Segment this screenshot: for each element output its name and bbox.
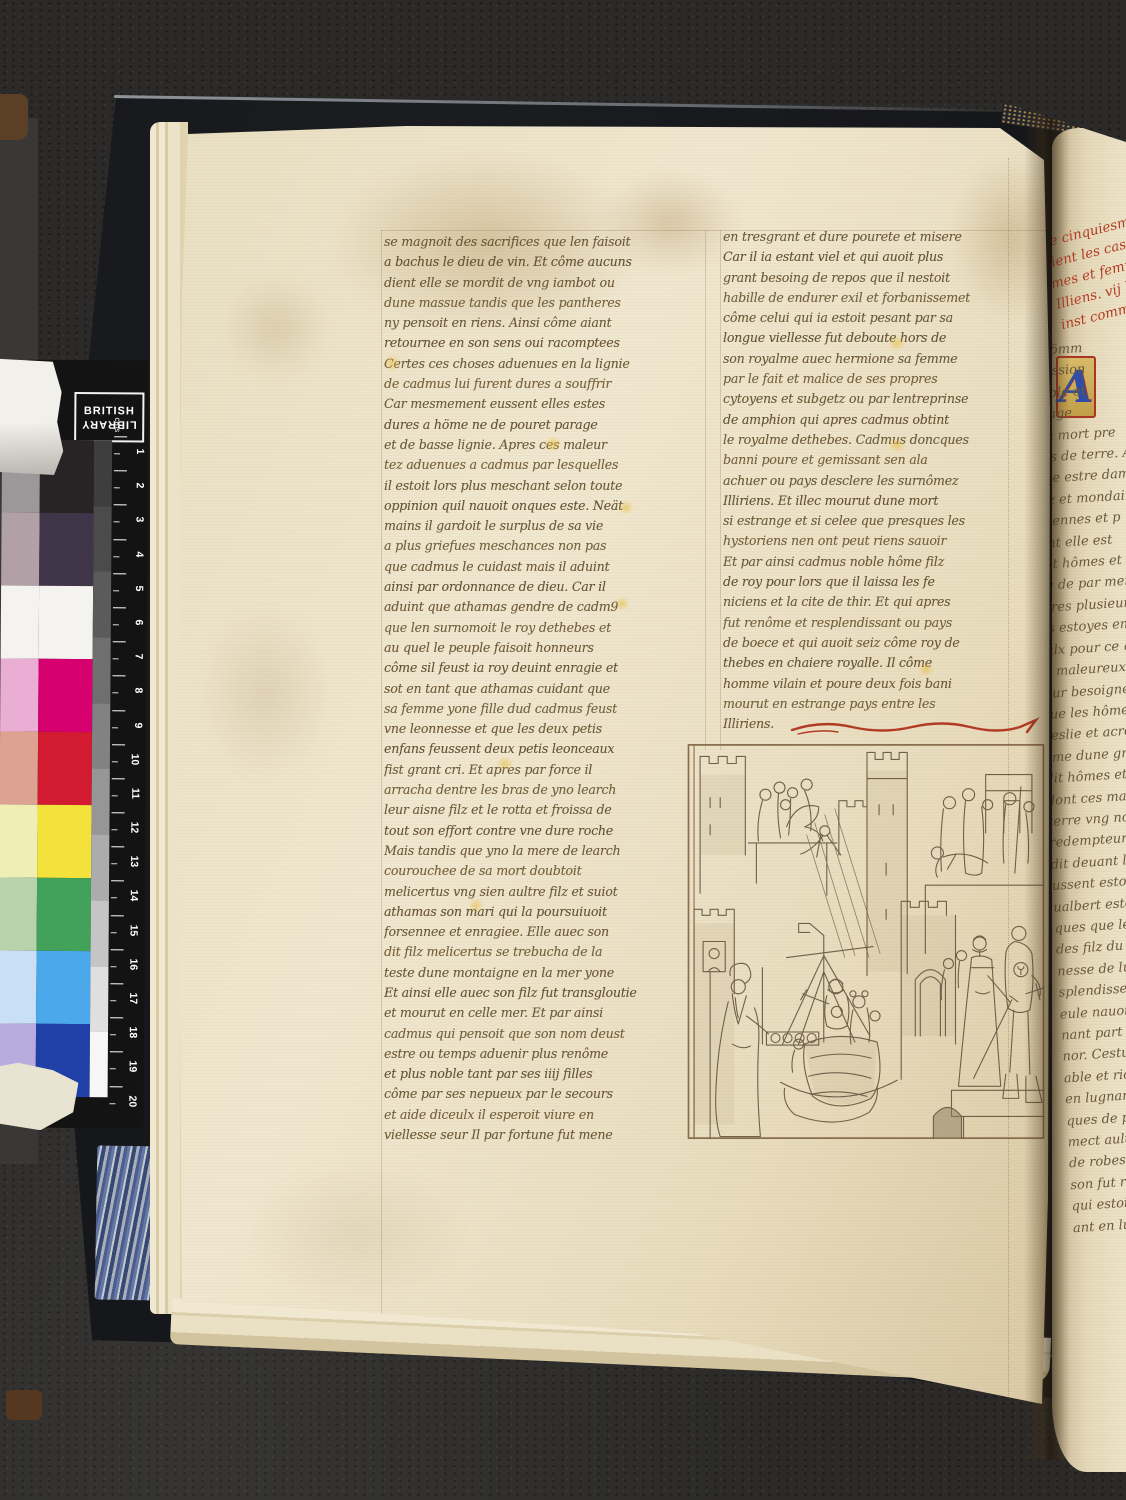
- grayscale-step: [93, 572, 111, 638]
- cm-cell: 19: [108, 1052, 144, 1086]
- color-patch-pale: [0, 950, 37, 1023]
- rubric-line: Le cinquiesme chapi: [1052, 181, 1126, 255]
- cm-number: 4: [133, 551, 145, 557]
- cm-cell: 20: [107, 1086, 143, 1120]
- manuscript-line: de cadmus lui furent dures a souffrir: [384, 375, 702, 395]
- recto-text-line: splendisseur de so: [1058, 969, 1126, 1004]
- recto-text-line: dont elle est: [1052, 520, 1126, 555]
- manuscript-line: il estoit lors plus meschant selon toute: [384, 477, 702, 497]
- recto-text-line: stez et mondain: [1052, 477, 1126, 512]
- cm-cell: 12: [109, 812, 145, 846]
- half-cm-tick: [111, 898, 117, 899]
- patch-row: [0, 731, 92, 805]
- cm-cell: 16: [108, 949, 144, 983]
- manuscript-line: dient elle se mordit de vng iambot ou: [384, 274, 702, 294]
- manuscript-line: cadmus qui pensoit que son nom deust: [384, 1025, 702, 1045]
- color-patch-pale: [0, 731, 38, 804]
- recto-text-line: mect aultres g: [1067, 1118, 1126, 1153]
- manuscript-line: fut renôme et resplendissant ou pays: [723, 614, 1046, 634]
- recto-text-line: ame dune gra: [1052, 734, 1126, 769]
- half-cm-tick: [112, 693, 118, 694]
- recto-text-line: les estoyes enfor: [1052, 606, 1126, 641]
- cm-number: 12: [129, 822, 141, 834]
- rubric-line: mes et femmes: [1052, 222, 1126, 296]
- manuscript-line: longue viellesse fut deboute hors de: [723, 329, 1046, 349]
- color-patch-pale: [0, 877, 37, 950]
- rubric-red-text: Le cinquiesme chapitient les cas des hom…: [1052, 181, 1126, 336]
- manuscript-line: habille de endurer exil et forbanissemet: [723, 289, 1046, 309]
- cm-tick: [113, 573, 126, 574]
- grayscale-step: [90, 1031, 108, 1097]
- dark-arch: [933, 1107, 961, 1138]
- manuscript-line: Certes ces choses aduenues en la lignie: [384, 355, 702, 375]
- recto-text-line: dit deuant lui: [1052, 841, 1126, 876]
- cm-cell: 15: [109, 915, 145, 949]
- cm-tick: [112, 744, 125, 745]
- text-column-left: se magnoit des sacrifices que len faisoi…: [384, 233, 708, 1151]
- cm-number: 13: [128, 856, 140, 868]
- cm-cell: 5: [111, 573, 147, 607]
- manuscript-line: Et par ainsi cadmus noble hôme filz: [723, 553, 1046, 573]
- manuscript-line: fist grant cri. Et apres par force il: [384, 761, 702, 781]
- recto-text-line: lignage: [1052, 392, 1126, 427]
- colour-calibration-target: BRITISH LIBRARY cms 12345678910111213141…: [0, 359, 149, 1132]
- color-patch-rows: [0, 439, 94, 1097]
- cm-tick: [114, 505, 127, 506]
- recto-text-line: de robes. Et p: [1068, 1140, 1126, 1175]
- manuscript-line: homme vilain et poure deux fois bani: [723, 675, 1046, 695]
- half-cm-tick: [112, 727, 118, 728]
- cm-cell: 8: [110, 676, 146, 710]
- half-cm-tick: [113, 624, 119, 625]
- grayscale-step: [93, 506, 111, 572]
- ruling-line-vertical: [381, 230, 382, 1420]
- cm-cell: 1: [112, 436, 148, 470]
- manuscript-line: melicertus vng sien aultre filz et suiot: [384, 883, 702, 903]
- manuscript-line: et plus noble tant par ses iiij filles: [384, 1065, 702, 1085]
- color-patch-strong: [39, 513, 94, 586]
- recto-text-line: nant part röme: [1061, 1012, 1126, 1047]
- swordsman-figure: [1003, 926, 1044, 1102]
- manuscript-line: ny pensoit en riens. Ainsi côme aiant: [384, 314, 702, 334]
- cm-number: 15: [128, 924, 140, 936]
- cm-tick: [112, 778, 125, 779]
- half-cm-tick: [114, 487, 120, 488]
- cm-tick: [112, 676, 125, 677]
- half-cm-tick: [111, 864, 117, 865]
- manuscript-line: vne leonnesse et que les deux petis: [384, 720, 702, 740]
- manuscript-line: athamas son mari qui la poursuiuoit: [384, 903, 702, 923]
- cm-cell: 7: [110, 641, 146, 675]
- manuscript-line: de boece et qui auoit seiz côme roy de: [723, 634, 1046, 654]
- miniature-drawing: [686, 742, 1046, 1142]
- half-cm-tick: [113, 658, 119, 659]
- torn-paper-top: [0, 357, 64, 477]
- recto-text-line: des filz du soleil: [1055, 926, 1126, 961]
- manuscript-line: enfans feussent deux petis leonceaux: [384, 740, 702, 760]
- parchment-stain: [236, 1158, 476, 1308]
- recto-text-fragments: ust römmcabessionsemble etlignageet la m…: [1052, 328, 1126, 1239]
- recto-text-line: dit hômes et fe: [1052, 755, 1126, 790]
- manuscript-line: et mourut en celle mer. Et par ainsi: [384, 1004, 702, 1024]
- manuscript-line: niciens et la cite de thir. Et qui apres: [723, 593, 1046, 613]
- patch-row: [1, 585, 94, 659]
- recto-text-line: semble et: [1052, 371, 1126, 406]
- half-cm-tick: [110, 966, 116, 967]
- cm-tick: [113, 607, 126, 608]
- manuscript-line: sa femme yone fille dud cadmus feust: [384, 700, 702, 720]
- manuscript-line: par le fait et malice de ses propres: [723, 370, 1046, 390]
- half-cm-tick: [114, 453, 120, 454]
- manuscript-line: oppinion quil nauoit onques este. Neät: [384, 497, 702, 517]
- color-patch-strong: [38, 732, 93, 805]
- manuscript-line: hystoriens nen ont peut riens sauoir: [723, 532, 1046, 552]
- ruler-unit-label: cms: [113, 417, 122, 432]
- manuscript-line: tout son effort contre vne dure roche: [384, 822, 702, 842]
- cm-number: 16: [128, 958, 140, 970]
- manuscript-line: viellesse seur Il par fortune fut mene: [384, 1126, 702, 1146]
- cm-tick: [114, 436, 127, 437]
- cm-number: 11: [129, 788, 141, 799]
- manuscript-line: Et ainsi elle auec son filz fut transglo…: [384, 984, 702, 1004]
- manuscript-line: se magnoit des sacrifices que len faisoi…: [384, 233, 702, 253]
- cm-number: 6: [133, 619, 145, 625]
- cm-tick: [110, 1017, 123, 1018]
- rubric-line: tient les cas des ho: [1052, 201, 1126, 275]
- color-patch-strong: [37, 805, 92, 878]
- cm-number: 8: [132, 688, 144, 694]
- manuscript-line: côme celui qui ia estoit pesant par sa: [723, 309, 1046, 329]
- manuscript-line: estre ou temps aduenir plus renôme: [384, 1045, 702, 1065]
- recto-text-line: able et riche estat: [1063, 1054, 1126, 1089]
- half-cm-tick: [111, 932, 117, 933]
- manuscript-line: que len surnomoit le roy dethebes et: [384, 619, 702, 639]
- cm-number: 3: [134, 517, 146, 523]
- recto-text-line: ualbert estoit oc: [1053, 883, 1126, 918]
- recto-text-line: et la mort pre: [1052, 413, 1126, 448]
- recto-text-line: nor. Cestui octho: [1062, 1033, 1126, 1068]
- manuscript-line: son royalme auec hermione sa femme: [723, 350, 1046, 370]
- recto-text-line: qui estoit bel et: [1071, 1182, 1126, 1217]
- illuminated-initial: A: [1056, 356, 1096, 418]
- ruler-scale: 1234567891011121314151617181920: [107, 436, 148, 1126]
- red-line-filler: [788, 716, 1050, 738]
- recto-text-line: que les hômes: [1052, 691, 1126, 726]
- half-cm-tick: [111, 829, 117, 830]
- color-patch-strong: [38, 659, 93, 732]
- manuscript-verso-page: se magnoit des sacrifices que len faisoi…: [176, 118, 1054, 1410]
- cm-cell: 11: [110, 778, 146, 812]
- manuscript-line: achuer ou pays desclere les surnômez: [723, 472, 1046, 492]
- half-cm-tick: [112, 761, 118, 762]
- manuscript-line: dune massue tandis que les pantheres: [384, 294, 702, 314]
- half-cm-tick: [110, 1000, 116, 1001]
- label-text-top: BRITISH: [84, 405, 135, 417]
- cm-tick: [112, 812, 125, 813]
- cm-tick: [111, 847, 124, 848]
- cm-number: 14: [128, 890, 140, 902]
- recto-text-line: ussent estoie et: [1052, 862, 1126, 897]
- cm-tick: [113, 641, 126, 642]
- cm-cell: 10: [110, 744, 146, 778]
- cm-cell: 9: [110, 710, 146, 744]
- cm-cell: 3: [111, 505, 147, 539]
- recto-text-line: ques que les estroa: [1054, 905, 1126, 940]
- cm-cell: 13: [109, 847, 145, 881]
- manuscript-line: sot en tant que athamas cuidant que: [384, 680, 702, 700]
- manuscript-line: Illiriens. Et illec mourut dune mort: [723, 492, 1046, 512]
- manuscript-line: de roy pour lors que il laissa les fe: [723, 573, 1046, 593]
- recto-text-line: son fut remi et d: [1070, 1161, 1126, 1196]
- manuscript-line: dit filz melicertus se trebucha de la: [384, 943, 702, 963]
- recto-text-line: deslie et acre: [1052, 712, 1126, 747]
- photo-scene: Le cinquiesme chapitient les cas des hom…: [0, 0, 1126, 1500]
- patch-row: [1, 512, 94, 586]
- british-library-label: BRITISH LIBRARY: [74, 392, 144, 442]
- cm-tick: [111, 949, 124, 950]
- rubric-line: Illiens. vij langag: [1054, 242, 1126, 316]
- stone-steps: [951, 1090, 1044, 1138]
- manuscript-line: mains il gardoit le surplus de sa vie: [384, 517, 702, 537]
- grayscale-step: [90, 900, 108, 966]
- recto-text-line: dont ces maleu: [1052, 777, 1126, 812]
- manuscript-line: côme par ses nepueux par le secours: [384, 1085, 702, 1105]
- patch-row: [0, 877, 91, 951]
- color-patch-strong: [36, 951, 91, 1024]
- recto-text-line: voyennes et p: [1052, 499, 1126, 534]
- manuscript-line: Mais tandis que yno la mere de learch: [384, 842, 702, 862]
- cm-cell: 2: [112, 470, 148, 504]
- manuscript-line: de amphion qui apres cadmus obtint: [723, 411, 1046, 431]
- text-column-right: en tresgrant et dure pourete et misereCa…: [723, 228, 1053, 740]
- cm-number: 7: [133, 654, 145, 660]
- manuscript-line: tez aduenues a cadmus par lesquelles: [384, 456, 702, 476]
- parchment-stain: [196, 598, 336, 788]
- manuscript-line: Car il ia estant viel et qui auoit plus: [723, 248, 1046, 268]
- cm-number: 10: [129, 753, 141, 765]
- manuscript-line: si estrange et si celee que presques les: [723, 512, 1046, 532]
- cm-tick: [110, 983, 123, 984]
- manuscript-line: et aide diceulx il esperoit viure en: [384, 1106, 702, 1126]
- manuscript-line: arracha dentre les bras de yno learch: [384, 781, 702, 801]
- grayscale-step: [91, 769, 109, 835]
- manuscript-line: thebes en chaiere royalle. Il côme: [723, 654, 1046, 674]
- manuscript-line: au quel le peuple faisoit honneurs: [384, 639, 702, 659]
- half-cm-tick: [110, 1069, 116, 1070]
- grayscale-step: [91, 834, 109, 900]
- manuscript-line: en tresgrant et dure pourete et misere: [723, 228, 1046, 248]
- manuscript-line: Car mesmement eussent elles estes: [384, 395, 702, 415]
- color-patch-pale: [1, 585, 40, 658]
- cm-number: 1: [134, 448, 146, 454]
- recto-text-line: nesse de lui ou: [1057, 947, 1126, 982]
- recto-text-line: ault hômes et: [1052, 541, 1126, 576]
- manuscript-line: grant besoing de repos que il nestoit: [723, 269, 1046, 289]
- half-cm-tick: [113, 590, 119, 591]
- recto-text-line: et maleureux: [1052, 648, 1126, 683]
- recto-text-line: ques de terre. Ad: [1052, 435, 1126, 470]
- leather-wear-top-left: [0, 94, 28, 140]
- manuscript-line: a plus griefues meschances non pas: [384, 537, 702, 557]
- recto-text-line: eule nauoient f: [1059, 990, 1126, 1025]
- patch-row: [0, 950, 91, 1024]
- ruling-line-vertical: [720, 230, 721, 750]
- color-patch-strong: [39, 586, 94, 659]
- cm-tick: [111, 915, 124, 916]
- cm-tick: [112, 710, 125, 711]
- recto-text-line: aisse estre dame: [1052, 456, 1126, 491]
- cm-tick: [114, 470, 127, 471]
- recto-text-line: cabession: [1052, 349, 1126, 384]
- manuscript-line: leur aisne filz et le rotta et froissa d…: [384, 801, 702, 821]
- manuscript-line: que cadmus le cuidast mais il aduint: [384, 558, 702, 578]
- manuscript-line: côme sil feust ia roy deuint enragie et: [384, 659, 702, 679]
- leather-wear-bottom-left: [6, 1390, 42, 1420]
- recto-text-line: apres plusieurs: [1052, 584, 1126, 619]
- manuscript-line: teste dune montaigne en la mer yone: [384, 964, 702, 984]
- patch-row: [0, 658, 93, 732]
- cm-number: 2: [134, 483, 146, 489]
- recto-text-line: terre vng noble: [1052, 798, 1126, 833]
- color-patch-strong: [37, 878, 92, 951]
- grayscale-step: [90, 966, 108, 1032]
- recto-text-line: ust römm: [1052, 328, 1126, 363]
- manuscript-line: courouchee de sa mort doubtoit: [384, 862, 702, 882]
- manuscript-line: mourut en estrange pays entre les: [723, 695, 1046, 715]
- half-cm-tick: [112, 795, 118, 796]
- recto-text-line: leur besoigne: [1052, 670, 1126, 705]
- manuscript-line: banni poure et gemissant sen ala: [723, 451, 1046, 471]
- color-patch-pale: [1, 512, 40, 585]
- cm-number: 9: [132, 722, 144, 728]
- patch-row: [0, 804, 92, 878]
- ink-wash: [694, 771, 955, 1125]
- recto-text-line: en lugnant la b: [1065, 1076, 1126, 1111]
- cm-cell: 17: [108, 983, 144, 1017]
- cm-tick: [110, 1086, 123, 1087]
- figures-on-wall: [748, 779, 841, 895]
- cm-number: 18: [127, 1027, 139, 1039]
- manuscript-line: a bachus le dieu de vin. Et côme aucuns: [384, 253, 702, 273]
- manuscript-line: et de basse lignie. Apres ces maleur: [384, 436, 702, 456]
- grayscale-step: [92, 637, 110, 703]
- cm-number: 17: [127, 993, 139, 1005]
- grayscale-step: [94, 440, 112, 506]
- manuscript-line: ainsi par ordonnance de dieu. Car il: [384, 578, 702, 598]
- manuscript-line: dures a höme ne de pouret parage: [384, 416, 702, 436]
- cm-number: 19: [127, 1061, 139, 1073]
- recto-text-line: redempteur so: [1052, 819, 1126, 854]
- color-patch-pale: [0, 658, 39, 731]
- recto-text-line: ques de pelerin: [1066, 1097, 1126, 1132]
- cm-tick: [111, 881, 124, 882]
- facing-recto-page: Le cinquiesme chapitient les cas des hom…: [1052, 128, 1126, 1472]
- cm-tick: [110, 1052, 123, 1053]
- cm-cell: 6: [111, 607, 147, 641]
- cm-cell: 4: [111, 539, 147, 573]
- manuscript-line: le royalme dethebes. Cadmus doncques: [723, 431, 1046, 451]
- manuscript-line: forsennee et enragiee. Elle auec son: [384, 923, 702, 943]
- cm-number: 20: [127, 1095, 139, 1107]
- label-text-mirrored: LIBRARY: [81, 418, 137, 430]
- recto-text-line: me de par mere: [1052, 563, 1126, 598]
- manuscript-line: aduint que athamas gendre de cadm9: [384, 598, 702, 618]
- parchment-stain: [216, 268, 336, 388]
- recto-text-line: eulx pour ce q: [1052, 627, 1126, 662]
- cm-cell: 14: [109, 881, 145, 915]
- half-cm-tick: [110, 1034, 116, 1035]
- cm-cell: 18: [108, 1017, 144, 1051]
- rubric-line: inst comm: [1059, 262, 1126, 336]
- half-cm-tick: [110, 1103, 116, 1104]
- half-cm-tick: [113, 556, 119, 557]
- grayscale-step: [92, 703, 110, 769]
- half-cm-tick: [114, 522, 120, 523]
- manuscript-line: cytoyens et subgetz ou par lentreprinse: [723, 390, 1046, 410]
- manuscript-line: retournee en son sens oui racomptees: [384, 334, 702, 354]
- recto-text-line: ant en lugappello: [1072, 1204, 1126, 1239]
- cm-number: 5: [133, 585, 145, 591]
- cm-tick: [113, 539, 126, 540]
- color-patch-pale: [0, 804, 38, 877]
